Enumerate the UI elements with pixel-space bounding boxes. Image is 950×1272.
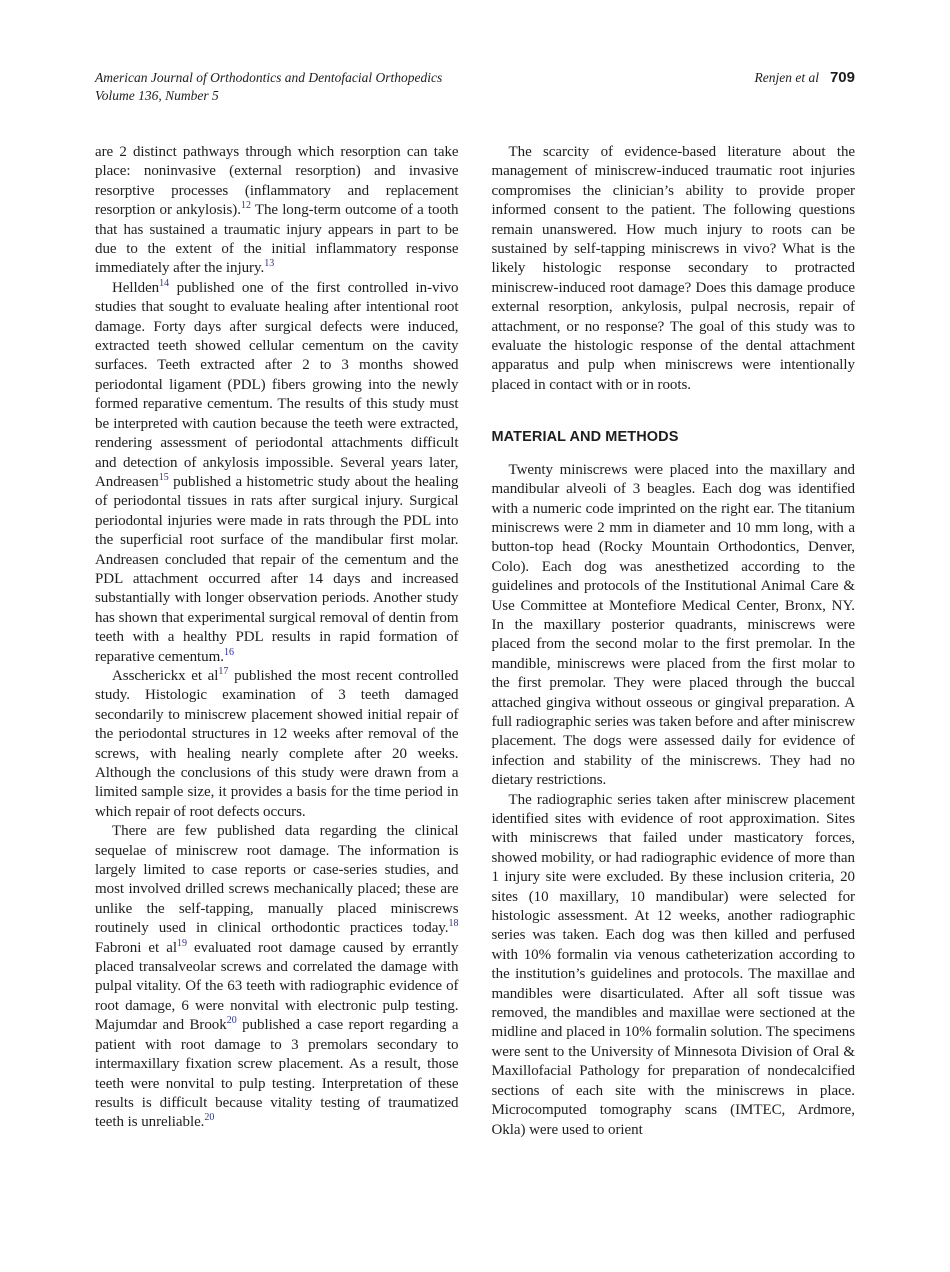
citation-reference[interactable]: 14 xyxy=(159,278,169,289)
page-header: American Journal of Orthodontics and Den… xyxy=(95,69,855,104)
paragraph: The radiographic series taken after mini… xyxy=(492,791,856,1140)
citation-reference[interactable]: 16 xyxy=(224,647,234,658)
article-body: are 2 distinct pathways through which re… xyxy=(95,143,855,1140)
citation-reference[interactable]: 18 xyxy=(449,918,459,929)
citation-reference[interactable]: 13 xyxy=(264,258,274,269)
citation-reference[interactable]: 19 xyxy=(177,938,187,949)
journal-page: American Journal of Orthodontics and Den… xyxy=(0,0,950,1272)
citation-reference[interactable]: 20 xyxy=(204,1112,214,1123)
paragraph: Asscherickx et al17 published the most r… xyxy=(95,667,459,822)
page-number: 709 xyxy=(830,69,855,86)
section-heading: MATERIAL AND METHODS xyxy=(492,428,856,447)
running-authors: Renjen et al xyxy=(754,70,818,86)
journal-name: American Journal of Orthodontics and Den… xyxy=(95,69,442,87)
left-column: are 2 distinct pathways through which re… xyxy=(95,143,459,1140)
paragraph: are 2 distinct pathways through which re… xyxy=(95,143,459,279)
paragraph: There are few published data regarding t… xyxy=(95,822,459,1133)
citation-reference[interactable]: 15 xyxy=(159,472,169,483)
journal-citation-block: American Journal of Orthodontics and Den… xyxy=(95,69,442,104)
paragraph: Hellden14 published one of the first con… xyxy=(95,279,459,667)
paragraph: Twenty miniscrews were placed into the m… xyxy=(492,461,856,791)
citation-reference[interactable]: 17 xyxy=(218,666,228,677)
running-head: Renjen et al 709 xyxy=(754,69,855,86)
citation-reference[interactable]: 20 xyxy=(227,1015,237,1026)
citation-reference[interactable]: 12 xyxy=(241,200,251,211)
paragraph: The scarcity of evidence-based literatur… xyxy=(492,143,856,395)
journal-volume-line: Volume 136, Number 5 xyxy=(95,87,442,105)
right-column: The scarcity of evidence-based literatur… xyxy=(492,143,856,1140)
